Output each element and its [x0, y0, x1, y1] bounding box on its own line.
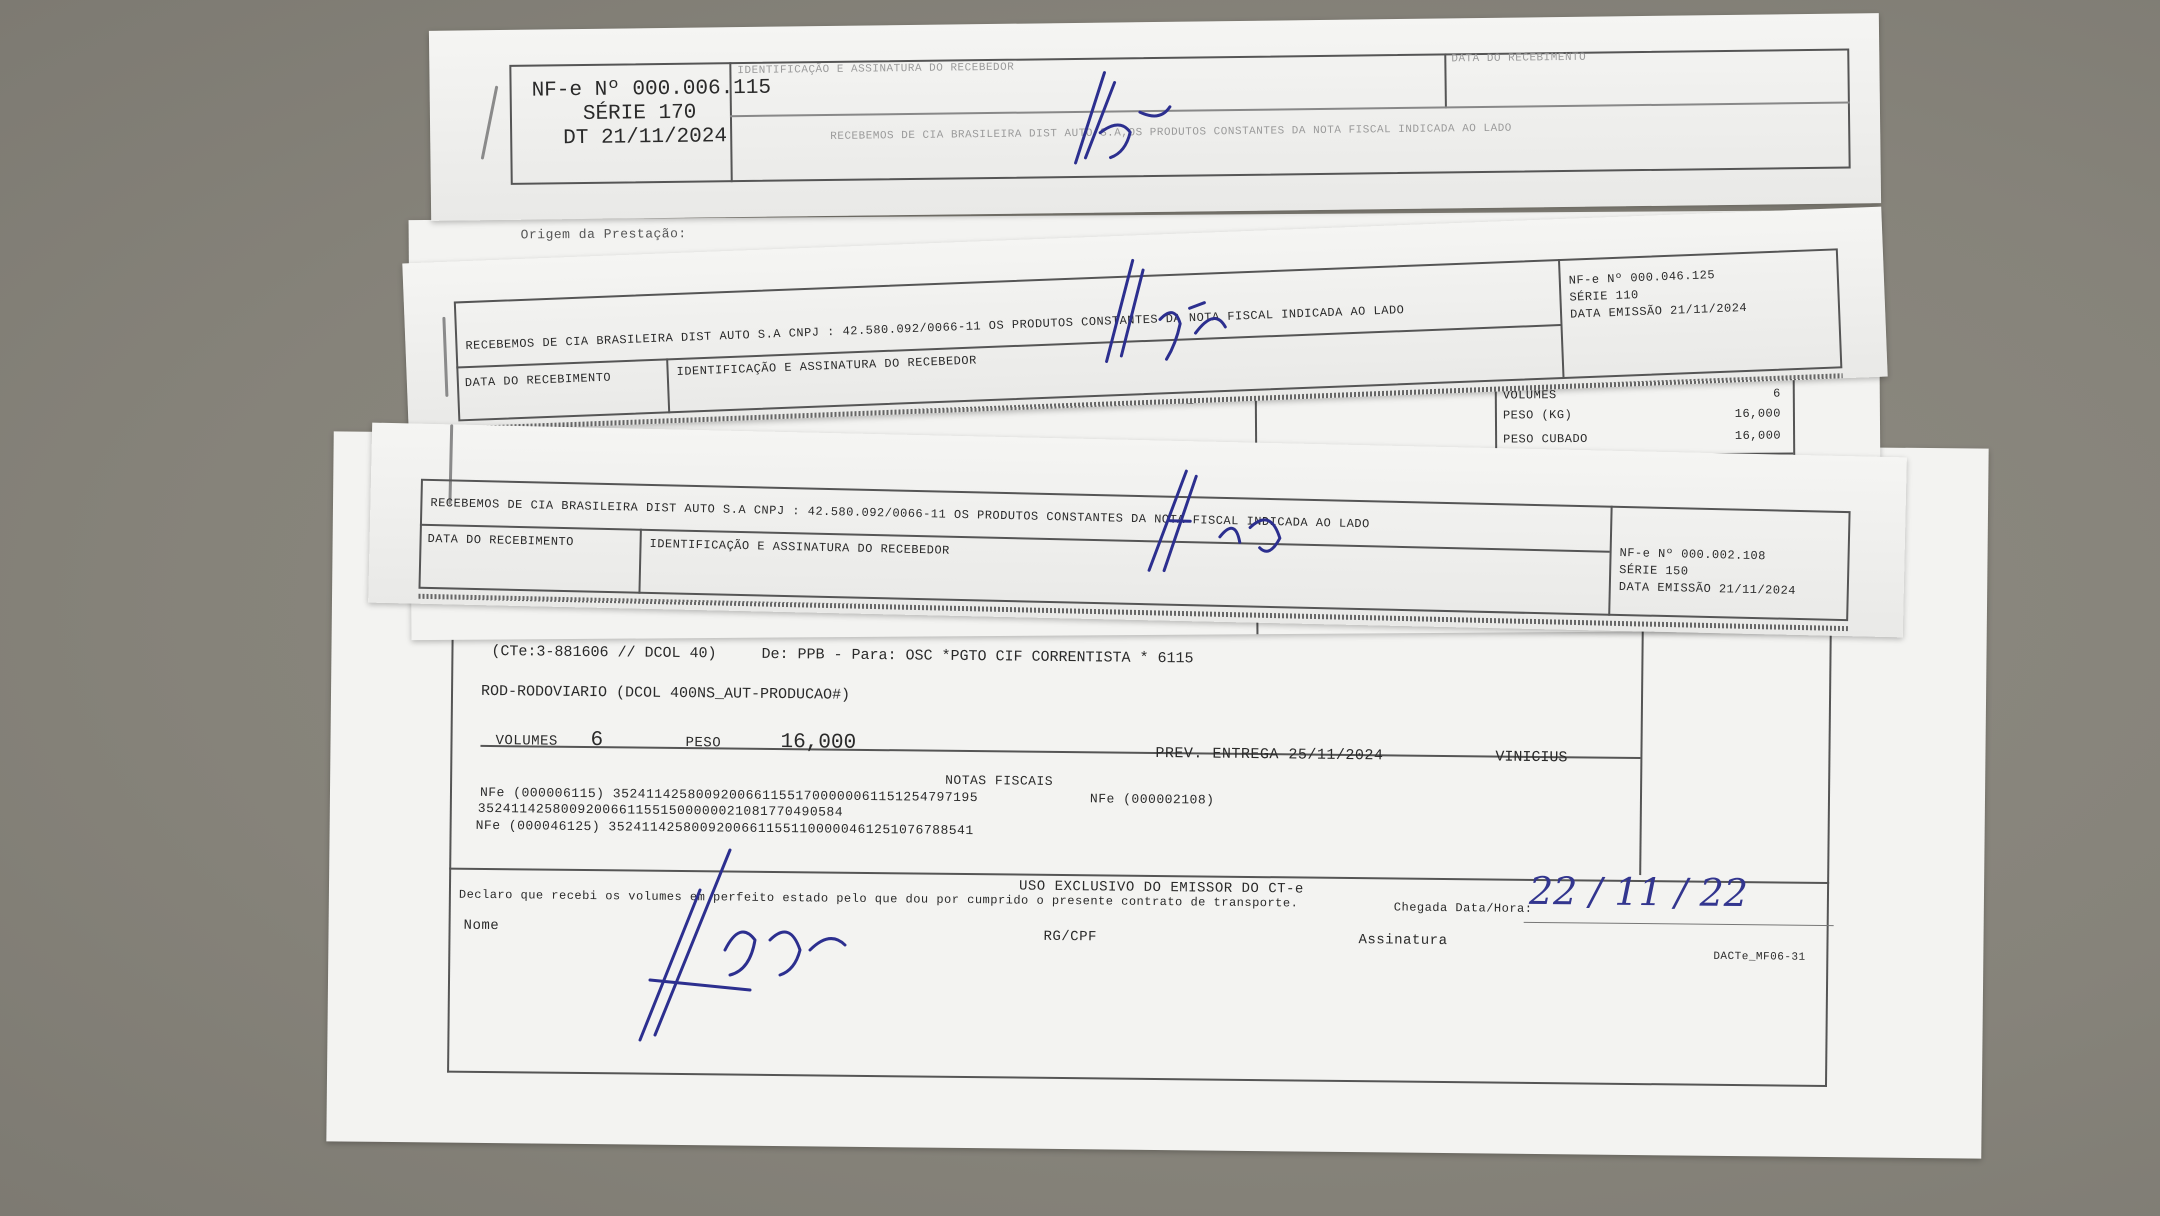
recipient-name: VINICIUS — [1495, 749, 1567, 767]
prev-entrega: PREV. ENTREGA 25/11/2024 — [1155, 745, 1383, 764]
nfe-number-top: NF-e Nº 000.006.115 — [531, 77, 771, 103]
form-code: DACTe_MF06-31 — [1713, 951, 1805, 964]
nota-right: NFe (000002108) — [1090, 791, 1215, 807]
date-top: DT 21/11/2024 — [563, 125, 727, 150]
chegada-handwritten: 22 / 11 / 22 — [1529, 869, 1748, 915]
notas-title: NOTAS FISCAIS — [945, 773, 1053, 789]
peso-value: 16,000 — [780, 731, 856, 755]
nfe-box-top — [509, 49, 1850, 185]
volumes-value: 6 — [590, 729, 603, 752]
volumes-label: VOLUMES — [495, 733, 557, 750]
chegada-label: Chegada Data/Hora: — [1394, 900, 1533, 915]
origem-label: Origem da Prestação: — [521, 226, 687, 242]
peso-kg-label: PESO (KG) — [1503, 408, 1572, 422]
assinatura-label: Assinatura — [1358, 932, 1447, 949]
rg-cpf-label: RG/CPF — [1043, 929, 1097, 946]
peso-label: PESO — [685, 735, 721, 751]
peso-cubado-label: PESO CUBADO — [1503, 432, 1588, 447]
date-label-top: DATA DO RECEBIMENTO — [1451, 52, 1586, 66]
serie-middle: SÉRIE 110 — [1569, 288, 1639, 305]
nome-label: Nome — [464, 918, 500, 934]
peso-cubado-value: 16,000 — [1735, 429, 1781, 443]
serie-top: SÉRIE 170 — [583, 102, 697, 126]
volumes-panel-value: 6 — [1773, 387, 1781, 401]
serie-bottom: SÉRIE 150 — [1619, 563, 1689, 579]
receipt-slip-bottom: RECEBEMOS DE CIA BRASILEIRA DIST AUTO S.… — [368, 423, 1907, 638]
receipt-slip-top: NF-e Nº 000.006.115 SÉRIE 170 DT 21/11/2… — [429, 13, 1881, 221]
peso-kg-value: 16,000 — [1735, 407, 1781, 421]
